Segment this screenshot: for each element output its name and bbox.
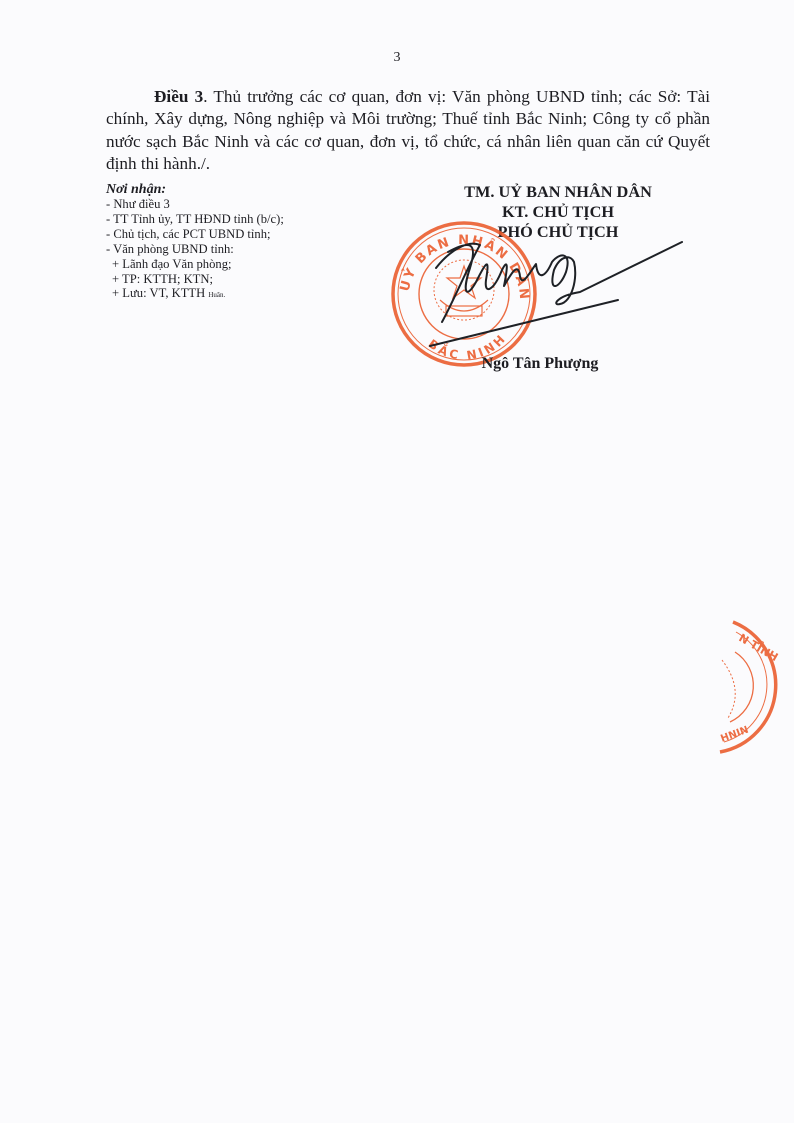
seal-and-signature: UỶ BAN NHÂN DÂN TỈNH BẮC NINH N TỈNH HNI…	[0, 0, 794, 1123]
official-seal: UỶ BAN NHÂN DÂN TỈNH BẮC NINH	[0, 0, 535, 365]
emblem-icon	[434, 260, 494, 320]
handwritten-signature	[430, 242, 682, 346]
signer-name: Ngô Tân Phượng	[420, 355, 660, 373]
svg-text:UỶ BAN NHÂN DÂN TỈNH: UỶ BAN NHÂN DÂN TỈNH	[0, 0, 531, 302]
edge-seal-fragment: N TỈNH HNIN	[719, 622, 781, 752]
